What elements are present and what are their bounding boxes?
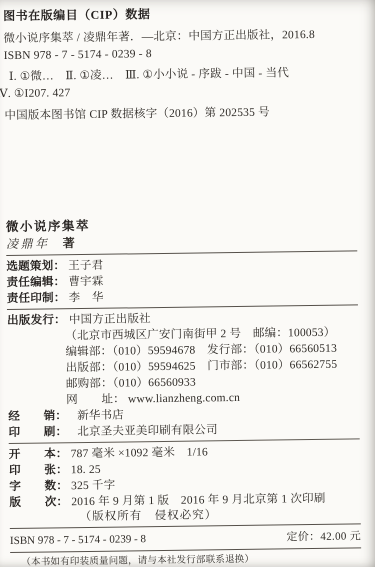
website-label: 网址	[66, 392, 113, 409]
book-copyright-page: 图书在版编目（CIP）数据 微小说序集萃 / 凌鼎年著．—北京：中国方正出版社，…	[0, 0, 375, 567]
quality-note: （本书如有印装质量问题，请与本社发行部联系退换）	[10, 553, 265, 567]
spec-label: 印张	[9, 462, 56, 479]
printer-row: 印刷： 北京圣夫亚美印刷有限公司	[8, 420, 359, 441]
spec-value: 787 毫米 ×1092 毫米 1/16	[71, 446, 208, 460]
spec-value: 325 千字	[71, 480, 115, 493]
colon: ：	[56, 448, 68, 460]
publisher-label: 出版发行	[7, 312, 54, 329]
spec-value: 2016 年 9 月第 1 版 2016 年 9 月北京第 1 次印刷	[71, 493, 325, 508]
spec-value: 18. 25	[71, 464, 101, 476]
distribution-label: 经销	[8, 408, 55, 425]
footer-isbn-row: ISBN 978 - 7 - 5174 - 0239 - 8 定价：42.00 …	[10, 527, 361, 550]
colon: ：	[56, 480, 68, 492]
cip-classification-line2: Ⅳ. ①I207. 427	[4, 81, 355, 103]
spec-label: 字数	[9, 478, 56, 495]
staff-label: 责任编辑	[7, 274, 54, 291]
website-url: www.lianzheng.com.cn	[128, 392, 240, 405]
colon: ：	[113, 393, 125, 405]
publisher-name: 中国方正出版社	[69, 313, 151, 326]
copyright-notice: （版权所有 侵权必究）	[80, 506, 361, 525]
distribution-value: 新华书店	[77, 409, 124, 422]
staff-label: 选题策划	[6, 258, 53, 275]
printer-label: 印刷	[8, 424, 55, 441]
cip-isbn: ISBN 978 - 7 - 5174 - 0239 - 8	[4, 43, 355, 65]
staff-name: 王子君	[68, 260, 103, 272]
colon: ：	[56, 464, 68, 476]
footer-isbn: ISBN 978 - 7 - 5174 - 0239 - 8	[10, 531, 146, 549]
printer-value: 北京圣夫亚美印刷有限公司	[77, 424, 218, 438]
staff-name: 李 华	[69, 292, 104, 304]
author-role: 著	[63, 236, 75, 250]
colon: ：	[53, 260, 65, 272]
colon: ：	[54, 292, 66, 304]
cip-record-number: 中国版本图书馆 CIP 数据核字（2016）第 202535 号	[4, 103, 355, 125]
page-content: 图书在版编目（CIP）数据 微小说序集萃 / 凌鼎年著．—北京：中国方正出版社，…	[3, 0, 361, 567]
cip-section: 图书在版编目（CIP）数据 微小说序集萃 / 凌鼎年著．—北京：中国方正出版社，…	[3, 0, 356, 125]
footer-price: 定价：42.00 元	[286, 528, 361, 545]
author-line: 凌鼎年 著	[6, 231, 357, 253]
author-name: 凌鼎年	[6, 236, 50, 251]
colon: ：	[54, 314, 66, 326]
staff-row-print-supervisor: 责任印制： 李 华	[7, 286, 358, 307]
colon: ：	[54, 276, 66, 288]
cip-heading: 图书在版编目（CIP）数据	[3, 2, 354, 25]
spec-label: 开本	[9, 446, 56, 463]
colon: ：	[55, 410, 67, 422]
staff-label: 责任印制	[7, 290, 54, 307]
colon: ：	[56, 496, 68, 508]
staff-name: 曹宇霖	[68, 276, 103, 288]
colon: ：	[56, 426, 68, 438]
spec-label: 版次	[9, 494, 56, 511]
